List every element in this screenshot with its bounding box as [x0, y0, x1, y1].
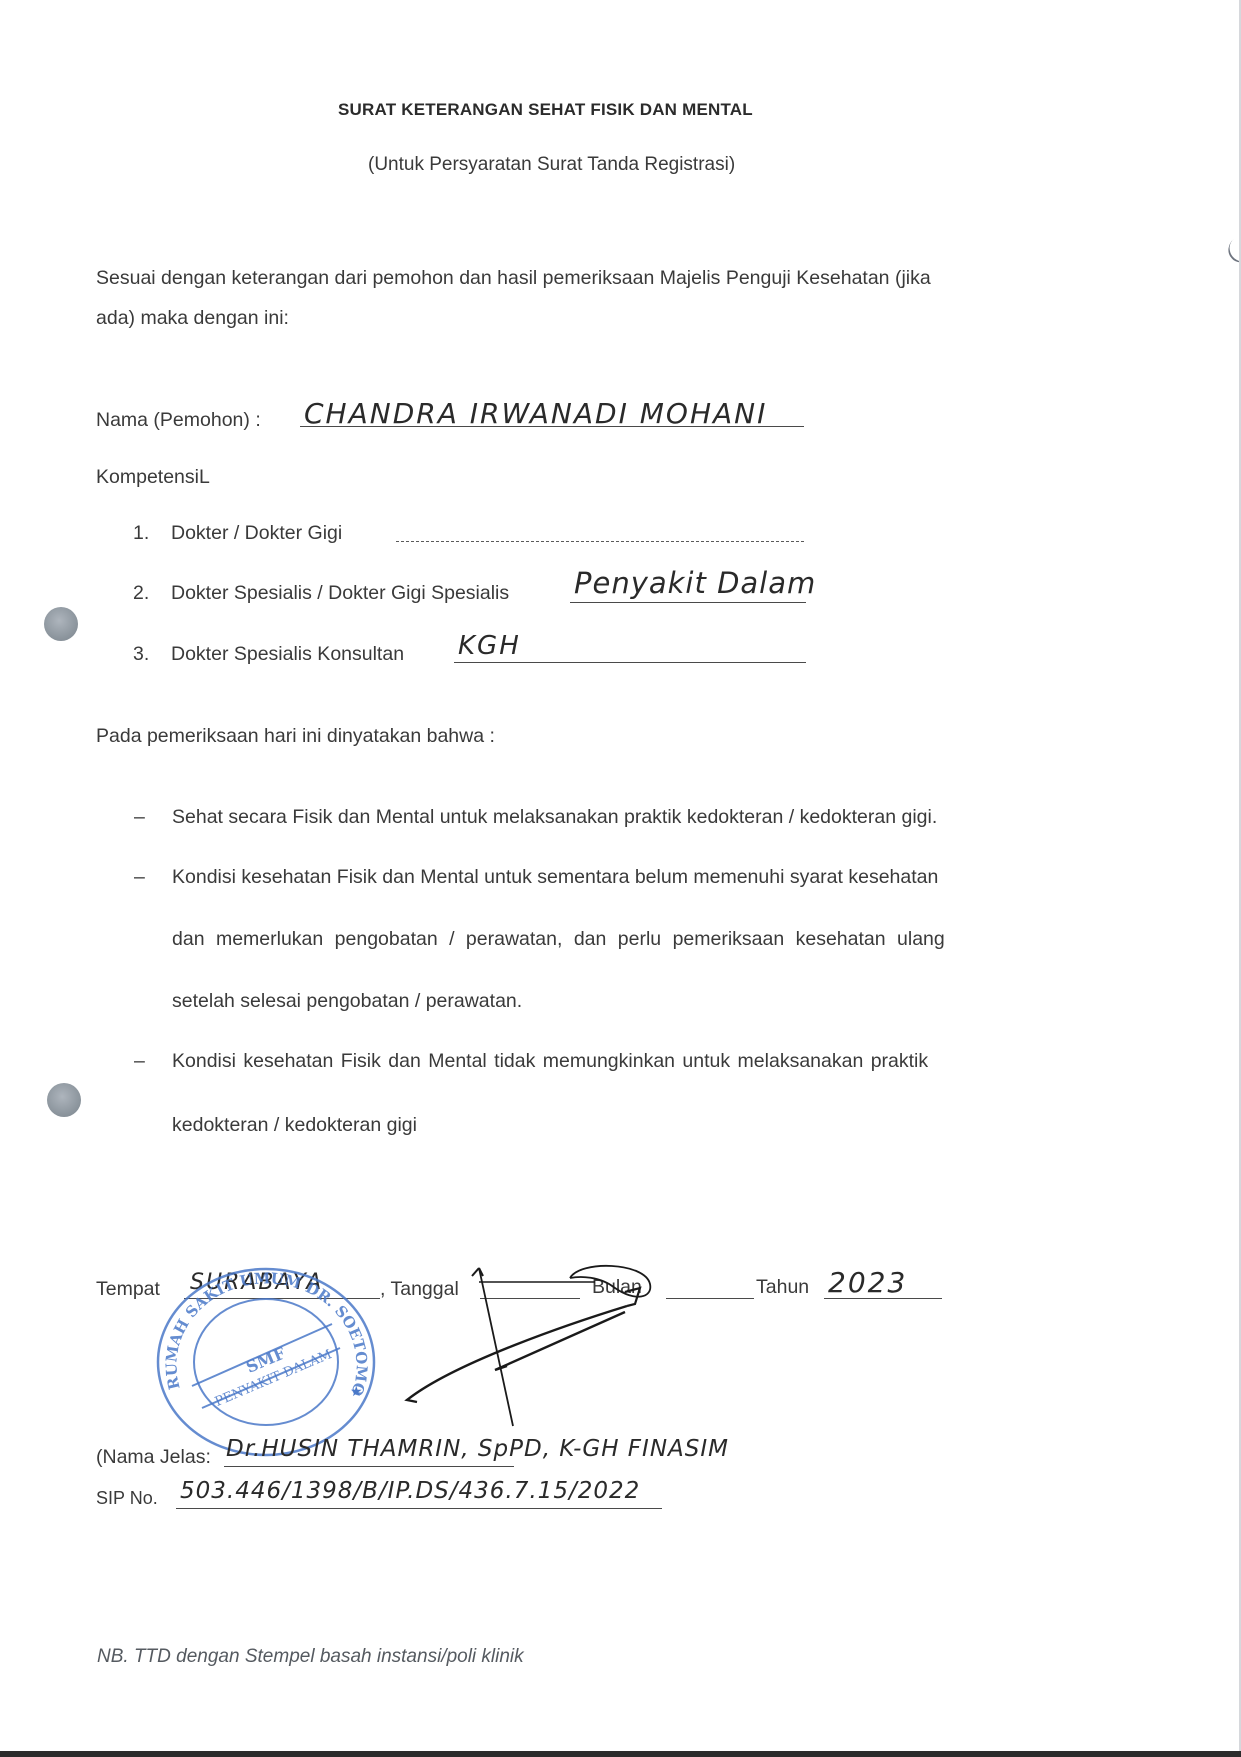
scan-bottom-edge [0, 1751, 1241, 1757]
statement-line: Sehat secara Fisik dan Mental untuk mela… [172, 806, 937, 829]
punch-hole [47, 1083, 81, 1117]
competency-item-3-underline [454, 662, 806, 663]
signatory-name-underline [224, 1466, 514, 1467]
year-field[interactable]: 2023 [828, 1266, 907, 1299]
sip-label: SIP No. [96, 1488, 158, 1509]
competency-item-3-field[interactable]: KGH [458, 631, 521, 661]
signature [395, 1262, 695, 1432]
scanned-document-page: SURAT KETERANGAN SEHAT FISIK DAN MENTAL … [0, 0, 1241, 1757]
statement-bullet: – [134, 1050, 145, 1073]
document-title: SURAT KETERANGAN SEHAT FISIK DAN MENTAL [338, 100, 753, 120]
sip-underline [176, 1508, 662, 1509]
competency-item-2-field[interactable]: Penyakit Dalam [574, 566, 816, 600]
statement-line: kedokteran / kedokteran gigi [172, 1114, 417, 1137]
document-subtitle: (Untuk Persyaratan Surat Tanda Registras… [368, 154, 735, 176]
applicant-name-field[interactable]: CHANDRA IRWANADI MOHANI [304, 397, 767, 430]
signatory-name-label: (Nama Jelas: [96, 1446, 211, 1469]
year-label: Tahun [756, 1276, 809, 1299]
intro-line-2: ada) maka dengan ini: [96, 307, 289, 330]
competency-number: 2. [133, 582, 149, 605]
competency-item-label: Dokter / Dokter Gigi [171, 522, 342, 545]
competency-label: KompetensiL [96, 466, 210, 489]
statement-intro: Pada pemeriksaan hari ini dinyatakan bah… [96, 725, 495, 748]
competency-item-label: Dokter Spesialis / Dokter Gigi Spesialis [171, 582, 509, 605]
competency-number: 3. [133, 643, 149, 666]
competency-item-label: Dokter Spesialis Konsultan [171, 643, 404, 666]
statement-line: setelah selesai pengobatan / perawatan. [172, 990, 522, 1013]
competency-item-2-underline [570, 602, 806, 603]
statement-line: Kondisi kesehatan Fisik dan Mental tidak… [172, 1050, 928, 1073]
statement-line: dan memerlukan pengobatan / perawatan, d… [172, 928, 945, 951]
statement-bullet: – [134, 806, 145, 829]
footnote: NB. TTD dengan Stempel basah instansi/po… [97, 1646, 524, 1668]
intro-line-1: Sesuai dengan keterangan dari pemohon da… [96, 267, 931, 290]
statement-line: Kondisi kesehatan Fisik dan Mental untuk… [172, 866, 938, 889]
signatory-name-field[interactable]: Dr.HUSIN THAMRIN, SpPD, K-GH FINASIM [226, 1436, 729, 1462]
official-stamp: RUMAH SAKIT UMUM DR. SOETOMO SURABAYA SM… [150, 1258, 382, 1458]
competency-number: 1. [133, 522, 149, 545]
stamp-star-icon: ★ [350, 1383, 363, 1399]
competency-item-1-field[interactable] [396, 541, 804, 542]
applicant-label: Nama (Pemohon) : [96, 409, 261, 432]
statement-bullet: – [134, 866, 145, 889]
punch-hole [44, 607, 78, 641]
sip-field[interactable]: 503.446/1398/B/IP.DS/436.7.15/2022 [180, 1478, 640, 1504]
